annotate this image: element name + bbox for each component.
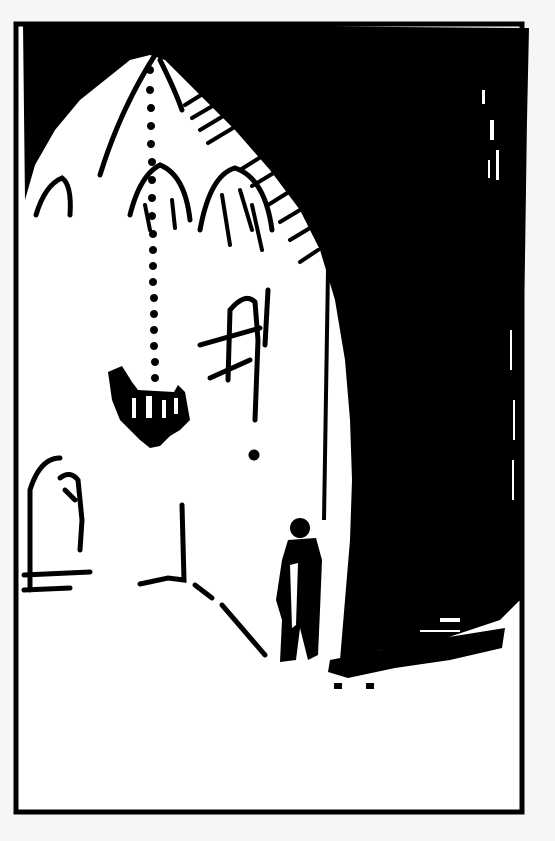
gothic-interior-sketch	[0, 0, 555, 841]
sketch-canvas	[0, 0, 555, 841]
